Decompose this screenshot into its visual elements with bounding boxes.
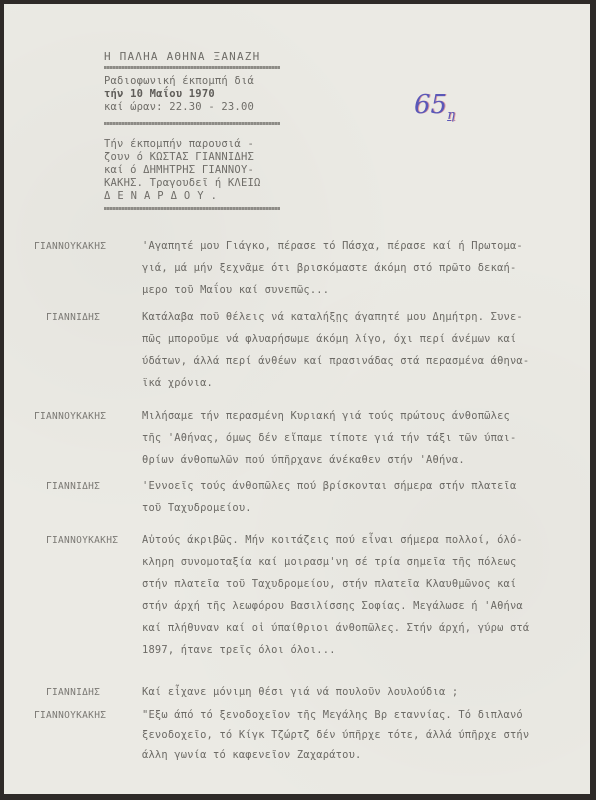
dialogue-line: "Εξω άπό τό ξενοδοχεῖον τῆς Μεγάλης Βρ ε… bbox=[142, 709, 523, 721]
dialogue-line: 'Εννοεῖς τούς άνθοπῶλες πού βρίσκονται σ… bbox=[142, 480, 516, 492]
speaker-name: ΓΙΑΝΝΟΥΚΑΚΗΣ bbox=[46, 535, 118, 546]
dialogue-line: Κατάλαβα ποῦ θέλεις νά καταλήξῃς άγαπητέ… bbox=[142, 311, 523, 323]
presenters-info: Τήν έκπομπήν παρουσιά - ζουν ό ΚΩΣΤΑΣ ΓΙ… bbox=[104, 138, 280, 203]
broadcast-divider bbox=[104, 122, 280, 125]
dialogue-line: Αὐτούς άκριβῶς. Μήν κοιτάζεις πού εἶναι … bbox=[142, 534, 523, 546]
dialogue-line: καί πλήθυναν καί οἱ ύπαίθριοι άνθοπῶλες.… bbox=[142, 622, 529, 634]
dialogue-line: 'Αγαπητέ μου Γιάγκο, πέρασε τό Πάσχα, πέ… bbox=[142, 240, 523, 252]
broadcast-info: Ραδιοφωνική έκπομπή διά τήν 10 Μαΐου 197… bbox=[104, 75, 280, 114]
dialogue-line: τῆς 'Αθήνας, όμως δέν εἴπαμε τίποτε γιά … bbox=[142, 432, 516, 444]
speaker-name: ΓΙΑΝΝΙΔΗΣ bbox=[46, 687, 100, 698]
speaker-name: ΓΙΑΝΝΟΥΚΑΚΗΣ bbox=[34, 710, 106, 721]
dialogue-line: πῶς μποροῦμε νά φλυαρήσωμε άκόμη λίγο, ό… bbox=[142, 333, 516, 345]
broadcast-time-line: καί ώραν: 22.30 - 23.00 bbox=[104, 101, 280, 114]
dialogue-line: κληρη συνομοταξία καί μοιρασμ'νη σέ τρία… bbox=[142, 556, 516, 568]
speaker-name: ΓΙΑΝΝΟΥΚΑΚΗΣ bbox=[34, 411, 106, 422]
handwritten-page-suffix: η bbox=[447, 108, 455, 123]
document-page: Η ΠΑΛΗΑ ΑΘΗΝΑ ΞΑΝΑΖΗ Ραδιοφωνική έκπομπή… bbox=[4, 4, 590, 794]
broadcast-date-line: τήν 10 Μαΐου 1970 bbox=[104, 88, 280, 101]
dialogue-line: γιά, μά μήν ξεχνᾶμε ότι βρισκόμαστε άκόμ… bbox=[142, 262, 516, 274]
dialogue-line: 1897, ήτανε τρεῖς όλοι όλοι... bbox=[142, 644, 336, 656]
presenters-line: ΔΕΝΑΡΔΟΥ. bbox=[104, 190, 280, 203]
dialogue-line: Καί εἶχανε μόνιμη θέσι γιά νά πουλοῦν λο… bbox=[142, 686, 458, 698]
presenters-line: Τήν έκπομπήν παρουσιά - bbox=[104, 138, 280, 151]
speaker-name: ΓΙΑΝΝΙΔΗΣ bbox=[46, 312, 100, 323]
presenters-line: ΚΑΚΗΣ. Τραγουδεῖ ή ΚΛΕΙΩ bbox=[104, 177, 280, 190]
presenters-line: καί ό ΔΗΜΗΤΡΗΣ ΓΙΑΝΝΟΥ- bbox=[104, 164, 280, 177]
dialogue-line: στήν άρχή τῆς λεωφόρου Βασιλίσσης Σοφίας… bbox=[142, 600, 523, 612]
broadcast-info-line: Ραδιοφωνική έκπομπή διά bbox=[104, 75, 280, 88]
dialogue-line: ξενοδοχεῖο, τό Κίγκ Τζώρτζ δέν ύπῆρχε τό… bbox=[142, 729, 529, 741]
speaker-name: ΓΙΑΝΝΙΔΗΣ bbox=[46, 481, 100, 492]
dialogue-line: στήν πλατεῖα τοῦ Ταχυδρομείου, στήν πλατ… bbox=[142, 578, 516, 590]
dialogue-line: άλλη γωνία τό καφενεῖον Ζαχαράτου. bbox=[142, 749, 362, 761]
dialogue-line: ύδάτων, άλλά περί άνθέων καί πρασινάδας … bbox=[142, 355, 529, 367]
speaker-name: ΓΙΑΝΝΟΥΚΑΚΗΣ bbox=[34, 241, 106, 252]
dialogue-line: θρίων άνθοπωλῶν πού ύπῆρχανε άνέκαθεν στ… bbox=[142, 454, 465, 466]
handwritten-page-number: 65η bbox=[414, 90, 455, 123]
dialogue-line: μερο τοῦ Μαΐου καί συνεπῶς... bbox=[142, 284, 329, 296]
document-title: Η ΠΑΛΗΑ ΑΘΗΝΑ ΞΑΝΑΖΗ bbox=[104, 50, 280, 63]
presenters-divider bbox=[104, 207, 280, 210]
dialogue-line: Μιλήσαμε τήν περασμένη Κυριακή γιά τούς … bbox=[142, 410, 510, 422]
dialogue-line: ϊκά χρόνια. bbox=[142, 377, 213, 389]
dialogue-line: τοῦ Ταχυδρομείου. bbox=[142, 502, 252, 514]
presenters-line: ζουν ό ΚΩΣΤΑΣ ΓΙΑΝΝΙΔΗΣ bbox=[104, 151, 280, 164]
title-underline-divider bbox=[104, 66, 280, 69]
